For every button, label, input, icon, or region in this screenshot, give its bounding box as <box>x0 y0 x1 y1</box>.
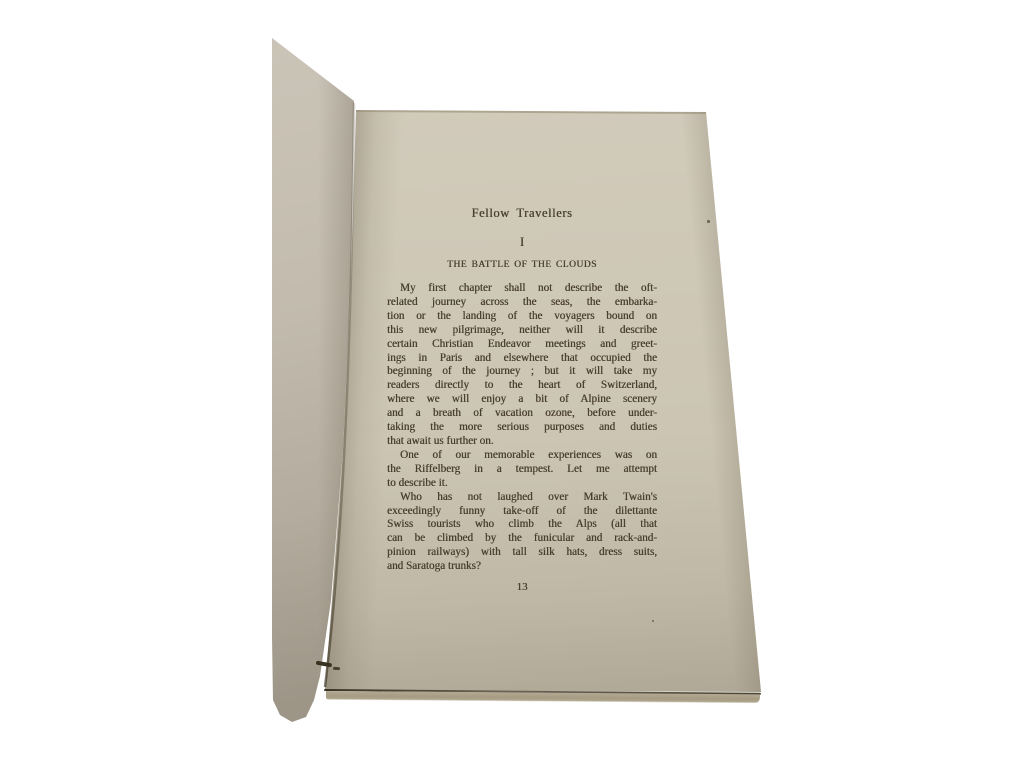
text-line: taking the more serious purposes and dut… <box>387 421 657 435</box>
running-head: Fellow Travellers <box>387 205 657 221</box>
text-line: Who has not laughed over Mark Twain's <box>387 491 657 505</box>
text-line: that await us further on. <box>387 435 657 449</box>
text-line: beginning of the journey ; but it will t… <box>387 365 657 379</box>
text-line: exceedingly funny take-off of the dilett… <box>387 505 657 519</box>
page-number: 13 <box>387 580 657 594</box>
page-text-block: Fellow Travellers I THE BATTLE OF THE CL… <box>387 200 657 594</box>
text-line: and a breath of vacation ozone, before u… <box>387 407 657 421</box>
text-line: My first chapter shall not describe the … <box>387 282 657 296</box>
page-speck <box>707 220 710 223</box>
body-text: My first chapter shall not describe the … <box>387 282 657 574</box>
text-line: where we will enjoy a bit of Alpine scen… <box>387 393 657 407</box>
text-line: can be climbed by the funicular and rack… <box>387 532 657 546</box>
text-line: tion or the landing of the voyagers boun… <box>387 310 657 324</box>
text-line: this new pilgrimage, neither will it des… <box>387 324 657 338</box>
gutter-ink-mark <box>333 667 340 670</box>
page-top-edge-line <box>356 110 706 114</box>
text-line: pinion railways) with tall silk hats, dr… <box>387 546 657 560</box>
text-line: to describe it. <box>387 477 657 491</box>
text-line: and Saratoga trunks? <box>387 560 657 574</box>
right-page: Fellow Travellers I THE BATTLE OF THE CL… <box>317 106 767 710</box>
text-line: Swiss tourists who climb the Alps (all t… <box>387 518 657 532</box>
text-line: the Riffelberg in a tempest. Let me atte… <box>387 463 657 477</box>
page-right-edge-shade <box>680 110 764 710</box>
text-line: certain Christian Endeavor meetings and … <box>387 338 657 352</box>
text-line: One of our memorable experiences was on <box>387 449 657 463</box>
book-photo: Fellow Travellers I THE BATTLE OF THE CL… <box>0 0 1024 768</box>
text-line: related journey across the seas, the emb… <box>387 296 657 310</box>
text-line: readers directly to the heart of Switzer… <box>387 379 657 393</box>
chapter-number: I <box>387 235 657 249</box>
section-title: THE BATTLE OF THE CLOUDS <box>387 259 657 271</box>
text-line: ings in Paris and elsewhere that occupie… <box>387 352 657 366</box>
page-speck <box>652 620 654 622</box>
